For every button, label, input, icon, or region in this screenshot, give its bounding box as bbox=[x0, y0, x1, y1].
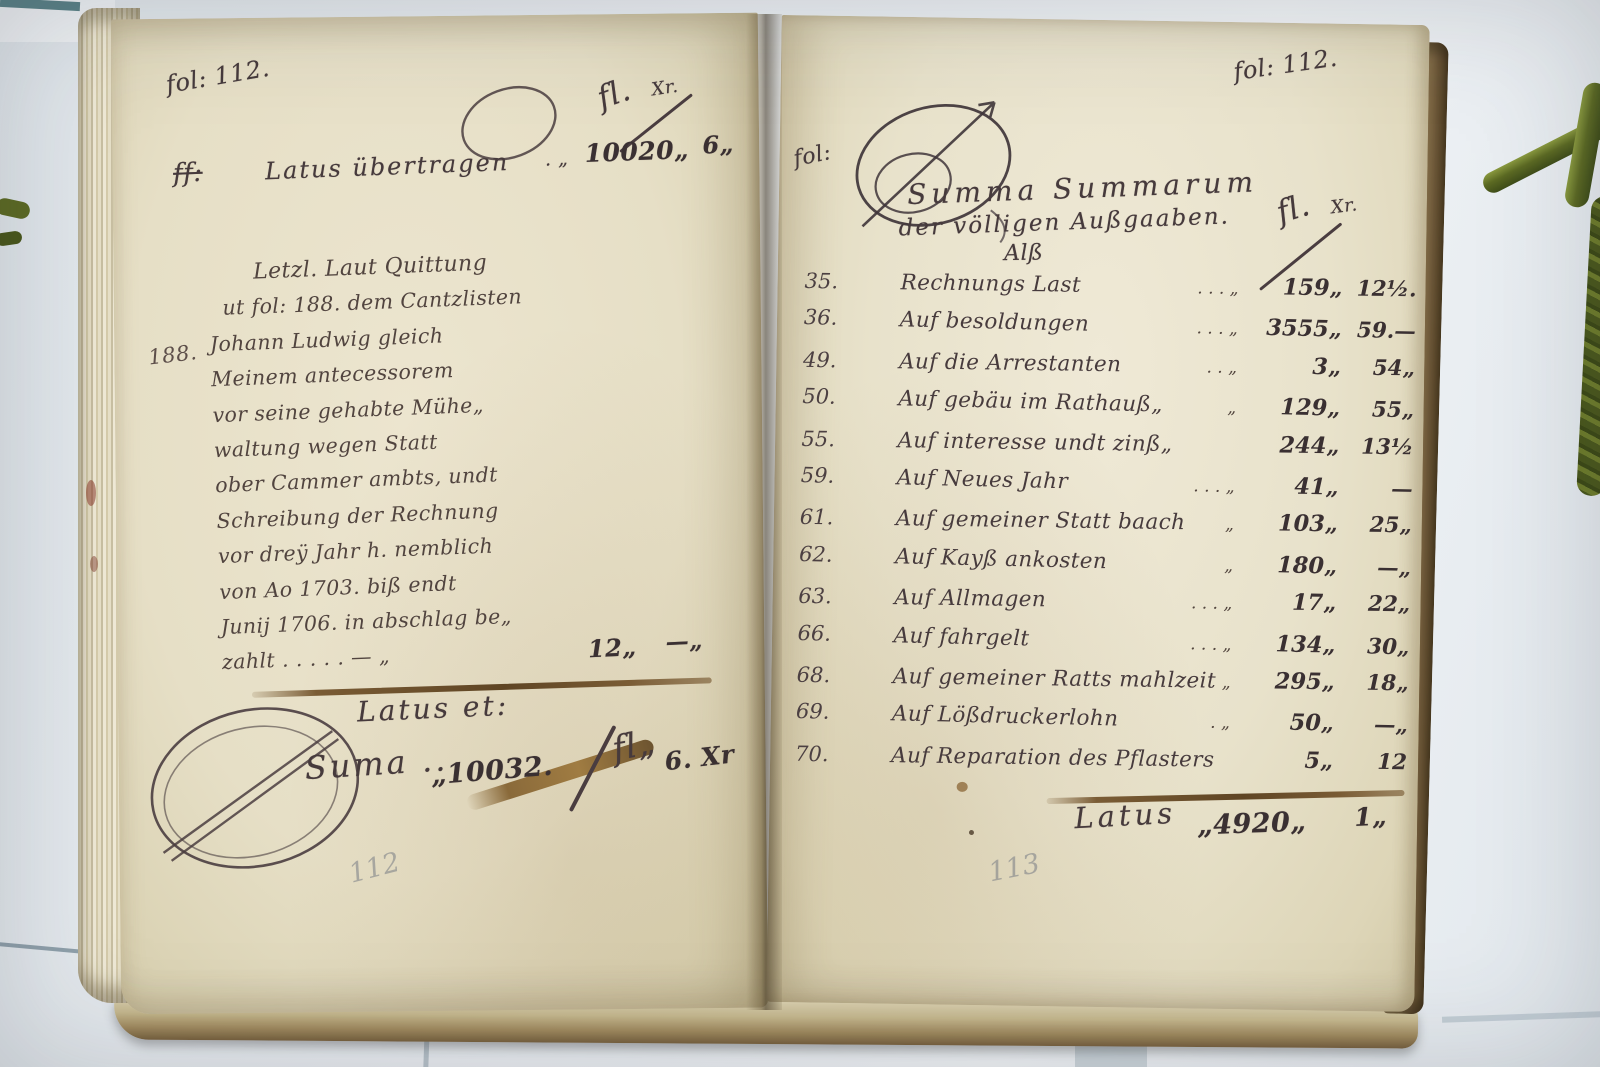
row-amount-fl: 180„ bbox=[1237, 551, 1338, 579]
row-leader: . . . „ bbox=[1046, 591, 1236, 614]
latus-amount-xr: 1„ bbox=[1354, 802, 1388, 832]
row-amount-xr: 22„ bbox=[1336, 591, 1414, 617]
carryover-amount-xr: 6„ bbox=[702, 129, 735, 159]
row-folio: 62. bbox=[773, 541, 896, 568]
row-leader bbox=[1172, 451, 1239, 452]
table-row: 70. Auf Reparation des Pflasters 5„ 12 bbox=[769, 740, 1411, 788]
rust-stain bbox=[86, 480, 96, 506]
row-amount-xr: 12½. bbox=[1342, 276, 1420, 302]
carryover-leader: . „ bbox=[544, 148, 568, 171]
left-column-header-xr: Xr. bbox=[650, 76, 680, 101]
entry-paragraph: Letzl. Laut Quittung ut fol: 188. dem Ca… bbox=[206, 240, 642, 681]
row-leader: . . „ bbox=[1121, 356, 1241, 378]
row-amount-xr: 25„ bbox=[1338, 513, 1416, 539]
row-amount-fl: 41„ bbox=[1238, 472, 1339, 500]
row-folio: 55. bbox=[775, 426, 897, 452]
row-folio: 69. bbox=[770, 699, 893, 726]
row-leader: . . . „ bbox=[1089, 316, 1242, 340]
row-folio: 63. bbox=[772, 584, 894, 610]
transport-mark: ff: bbox=[173, 158, 204, 189]
row-folio: 59. bbox=[775, 462, 898, 489]
right-column-header-fl: fl. bbox=[1272, 187, 1314, 231]
row-label: Auf Allmagen bbox=[894, 585, 1046, 612]
row-amount-fl: 17„ bbox=[1236, 589, 1336, 616]
row-label: Auf gemeiner Ratts mahlzeit bbox=[893, 664, 1217, 694]
rust-stain bbox=[90, 556, 98, 572]
row-label: Auf Neues Jahr bbox=[896, 465, 1068, 494]
row-amount-xr: 59.— bbox=[1342, 318, 1421, 345]
row-leader: . . . „ bbox=[1068, 473, 1239, 497]
row-folio: 66. bbox=[771, 620, 894, 647]
row-leader: . „ bbox=[1118, 711, 1234, 734]
row-amount-fl: 5„ bbox=[1233, 747, 1333, 774]
right-margin-fol-label: fol: bbox=[792, 140, 834, 172]
row-amount-fl: 159„ bbox=[1242, 274, 1342, 301]
entry-amount-fl: 12„ bbox=[587, 632, 637, 663]
entry-margin-folio-ref: 188. bbox=[147, 340, 198, 369]
row-label: Auf interesse undt zinß„ bbox=[897, 428, 1172, 457]
summa-amount-xr: 6. Xr bbox=[663, 739, 736, 776]
row-folio: 35. bbox=[778, 269, 900, 295]
row-leader: „ bbox=[1163, 397, 1241, 419]
row-folio: 70. bbox=[769, 741, 891, 767]
row-amount-fl: 295„ bbox=[1235, 668, 1335, 695]
row-leader: „ bbox=[1107, 553, 1237, 576]
row-leader: „ bbox=[1216, 673, 1235, 693]
summa-summarum-table: 35. Rechnungs Last . . . „ 159„ 12½. 36.… bbox=[769, 266, 1421, 791]
row-leader: . . . „ bbox=[1029, 630, 1236, 655]
row-folio: 36. bbox=[778, 305, 901, 332]
row-amount-xr: — bbox=[1338, 476, 1417, 503]
row-amount-xr: —„ bbox=[1337, 554, 1416, 581]
row-amount-xr: 55„ bbox=[1340, 397, 1419, 424]
right-page: fol: 112. fol: Summa Summarum der völlig… bbox=[766, 15, 1429, 1012]
entry-amount-xr: —„ bbox=[665, 627, 703, 656]
left-folio-header: fol: 112. bbox=[164, 54, 272, 99]
row-amount-xr: 13½ bbox=[1339, 434, 1417, 460]
row-amount-fl: 129„ bbox=[1240, 394, 1341, 422]
book-gutter bbox=[746, 14, 782, 1010]
green-tie-cord-left bbox=[0, 230, 23, 246]
row-label: Auf die Arrestanten bbox=[899, 349, 1122, 377]
row-folio: 49. bbox=[777, 347, 899, 373]
row-amount-xr: 30„ bbox=[1335, 633, 1414, 660]
row-label: Auf gebäu im Rathauß„ bbox=[898, 386, 1163, 417]
carryover-label: Latus übertragen bbox=[265, 148, 510, 185]
summa-label: Suma .. bbox=[304, 740, 450, 787]
row-folio: 68. bbox=[771, 662, 893, 688]
row-folio: 50. bbox=[776, 384, 899, 411]
row-amount-xr: 12 bbox=[1333, 749, 1411, 775]
page-speck bbox=[969, 830, 974, 835]
row-label: Auf Reparation des Pflasters bbox=[891, 743, 1215, 773]
row-amount-xr: —„ bbox=[1334, 712, 1413, 739]
row-label: Auf besoldungen bbox=[900, 308, 1090, 337]
row-leader: „ bbox=[1185, 515, 1238, 536]
latus-amount-fl: „4920„ bbox=[1197, 806, 1307, 841]
row-label: Auf Lößdruckerlohn bbox=[892, 702, 1119, 732]
row-label: Auf fahrgelt bbox=[893, 623, 1029, 651]
row-label: Rechnungs Last bbox=[900, 270, 1081, 298]
photo-of-open-account-book: fol: 112. fl. Xr. ff: Latus übertragen .… bbox=[0, 0, 1600, 1067]
pencil-page-number-right: 113 bbox=[986, 848, 1043, 888]
row-amount-xr: 18„ bbox=[1334, 670, 1412, 696]
left-page: fol: 112. fl. Xr. ff: Latus übertragen .… bbox=[111, 13, 768, 1015]
right-column-header-xr: Xr. bbox=[1330, 194, 1359, 218]
row-amount-fl: 134„ bbox=[1235, 630, 1336, 658]
row-amount-fl: 3555„ bbox=[1242, 315, 1343, 343]
row-folio: 61. bbox=[774, 505, 896, 531]
row-amount-xr: 54„ bbox=[1341, 355, 1419, 381]
green-tie-cord-left bbox=[0, 197, 31, 221]
left-column-header-fl: fl. bbox=[593, 72, 636, 117]
title-alss: Alß bbox=[1004, 240, 1044, 266]
account-book: fol: 112. fl. Xr. ff: Latus übertragen .… bbox=[78, 0, 1430, 1062]
green-tie-cord bbox=[1576, 195, 1600, 496]
row-label: Auf Kayß ankosten bbox=[895, 544, 1108, 574]
row-amount-fl: 103„ bbox=[1238, 510, 1338, 537]
row-amount-fl: 3„ bbox=[1241, 353, 1341, 380]
summa-currency: fl„ bbox=[609, 722, 658, 769]
table-seam-right bbox=[1442, 1011, 1600, 1023]
latus-label-right: Latus bbox=[1073, 796, 1176, 835]
row-amount-fl: 244„ bbox=[1239, 432, 1339, 459]
carryover-amount-fl: 10020„ bbox=[584, 135, 689, 168]
row-label: Auf gemeiner Statt baach bbox=[896, 507, 1186, 536]
right-folio-header: fol: 112. bbox=[1232, 44, 1340, 86]
row-amount-fl: 50„ bbox=[1234, 709, 1335, 737]
row-leader: . . . „ bbox=[1081, 277, 1243, 299]
page-stain bbox=[957, 782, 968, 792]
